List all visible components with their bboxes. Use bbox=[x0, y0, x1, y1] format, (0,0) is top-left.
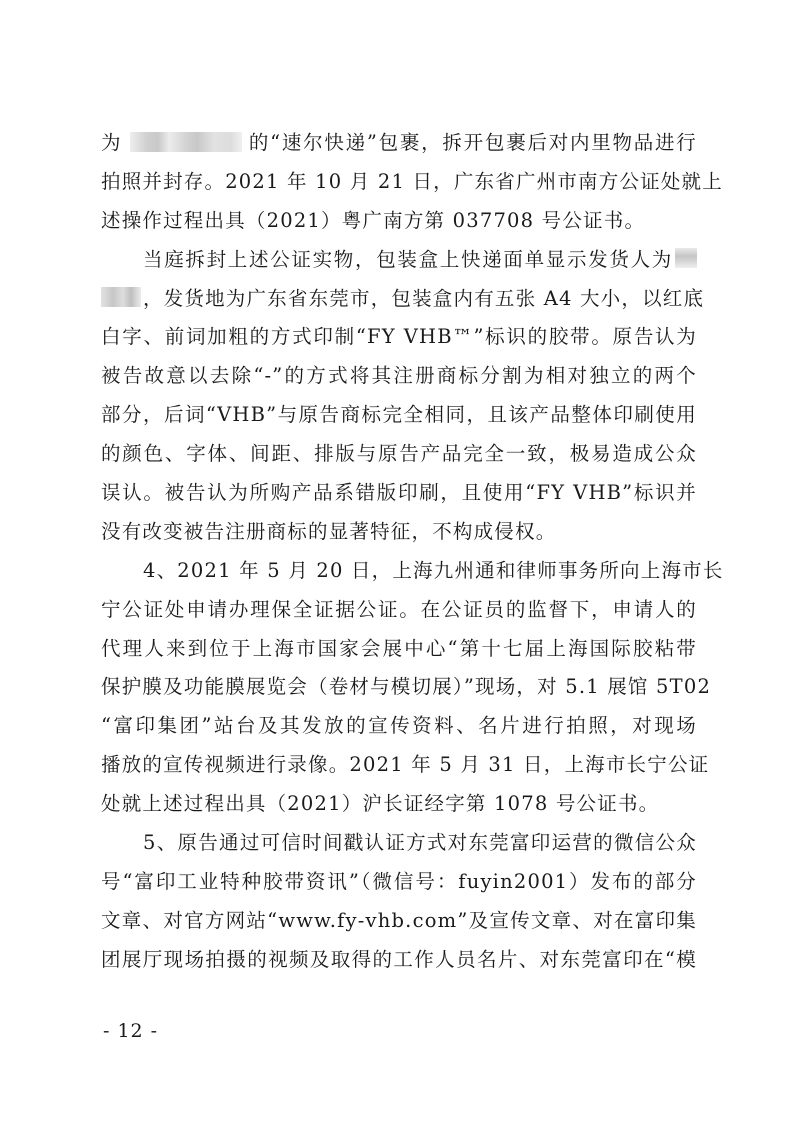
text-line: 团展厅现场拍摄的视频及取得的工作人员名片、对东莞富印在“模 bbox=[101, 941, 697, 980]
paragraph-start-line: 5、原告通过可信时间戳认证方式对东莞富印运营的微信公众 bbox=[101, 824, 697, 863]
text-line: 号“富印工业特种胶带资讯”（微信号：fuyin2001）发布的部分 bbox=[101, 863, 697, 902]
text-fragment: 当庭拆封上述公证实物，包装盒上快递面单显示发货人为 bbox=[143, 248, 673, 271]
text-line: 被告故意以去除“-”的方式将其注册商标分割为相对独立的两个 bbox=[101, 357, 697, 396]
redacted-sender-block bbox=[101, 287, 141, 307]
text-fragment: ，发货地为广东省东莞市，包装盒内有五张 A4 大小，以红底 bbox=[143, 287, 704, 310]
text-line: 处就上述过程出具（2021）沪长证经字第 1078 号公证书。 bbox=[101, 785, 697, 824]
text-line: 为的“速尔快递”包裹，拆开包裹后对内里物品进行 bbox=[101, 124, 697, 163]
text-line: 拍照并封存。2021 年 10 月 21 日，广东省广州市南方公证处就上 bbox=[101, 163, 697, 202]
text-line: “富印集团”站台及其发放的宣传资料、名片进行拍照，对现场 bbox=[101, 707, 697, 746]
text-line: 代理人来到位于上海市国家会展中心“第十七届上海国际胶粘带 bbox=[101, 630, 697, 669]
text-fragment: 的“速尔快递”包裹，拆开包裹后对内里物品进行 bbox=[248, 131, 697, 154]
text-line: ，发货地为广东省东莞市，包装盒内有五张 A4 大小，以红底 bbox=[101, 280, 697, 319]
paragraph-start-line: 当庭拆封上述公证实物，包装盒上快递面单显示发货人为 bbox=[101, 241, 697, 280]
redacted-name-block bbox=[130, 132, 242, 152]
text-line: 文章、对官方网站“www.fy-vhb.com”及宣传文章、对在富印集 bbox=[101, 902, 697, 941]
text-line: 白字、前词加粗的方式印制“FY VHB™”标识的胶带。原告认为 bbox=[101, 318, 697, 357]
document-page: 为的“速尔快递”包裹，拆开包裹后对内里物品进行 拍照并封存。2021 年 10 … bbox=[0, 0, 794, 1123]
text-line: 播放的宣传视频进行录像。2021 年 5 月 31 日，上海市长宁公证 bbox=[101, 746, 697, 785]
paragraph-start-line: 4、2021 年 5 月 20 日，上海九州通和律师事务所向上海市长 bbox=[101, 552, 697, 591]
text-line: 述操作过程出具（2021）粤广南方第 037708 号公证书。 bbox=[101, 202, 697, 241]
text-line: 的颜色、字体、间距、排版与原告产品完全一致，极易造成公众 bbox=[101, 435, 697, 474]
text-line: 没有改变被告注册商标的显著特征，不构成侵权。 bbox=[101, 513, 697, 552]
page-number: - 12 - bbox=[103, 1020, 158, 1042]
text-line: 保护膜及功能膜展览会（卷材与模切展）”现场，对 5.1 展馆 5T02 bbox=[101, 668, 697, 707]
text-line: 误认。被告认为所购产品系错版印刷，且使用“FY VHB”标识并 bbox=[101, 474, 697, 513]
body-text: 为的“速尔快递”包裹，拆开包裹后对内里物品进行 拍照并封存。2021 年 10 … bbox=[101, 124, 697, 980]
text-fragment: 为 bbox=[101, 131, 122, 154]
redacted-sender-block bbox=[675, 248, 697, 268]
text-line: 部分，后词“VHB”与原告商标完全相同，且该产品整体印刷使用 bbox=[101, 396, 697, 435]
text-line: 宁公证处申请办理保全证据公证。在公证员的监督下，申请人的 bbox=[101, 591, 697, 630]
